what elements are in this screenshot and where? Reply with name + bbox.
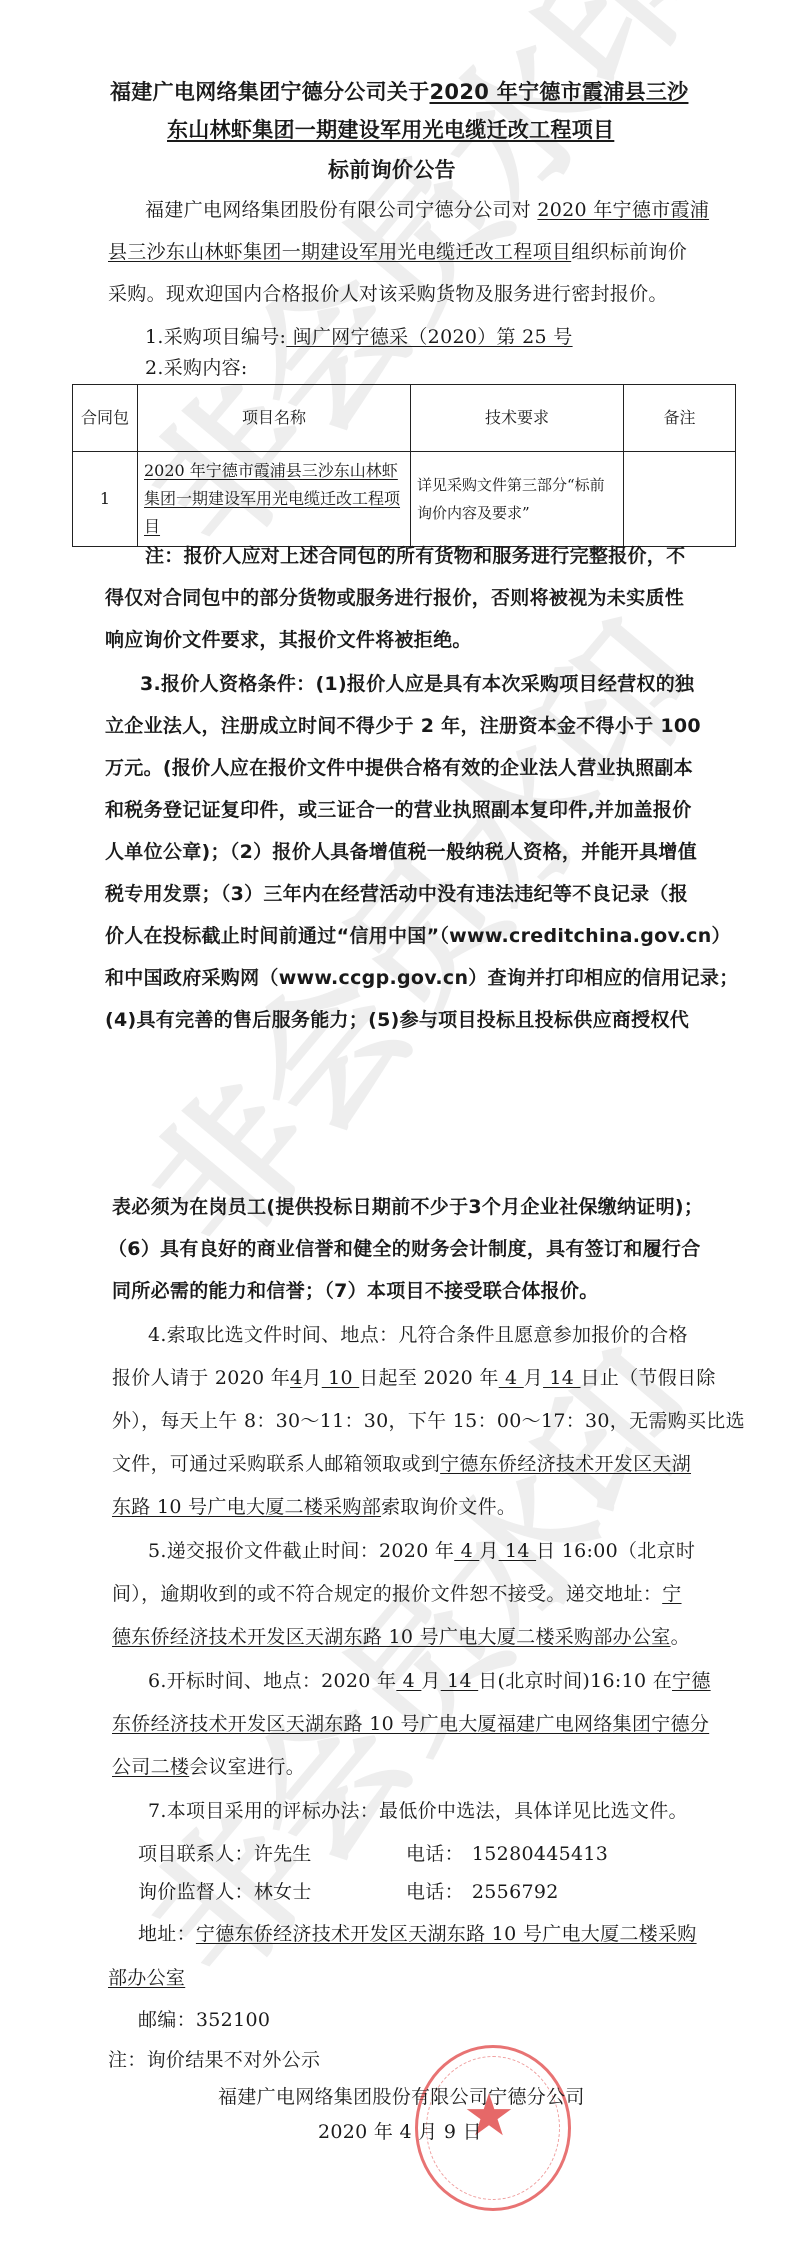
supervisor-contact: 询价监督人：林女士: [138, 1880, 312, 1904]
footer-note: 注：询价结果不对外公示: [108, 2048, 320, 2072]
text: 月: [479, 1540, 498, 1562]
end-day: 14: [543, 1367, 580, 1389]
document-title-line-1: 福建广电网络集团宁德分公司关于2020 年宁德市霞浦县三沙: [110, 80, 688, 104]
qualification-line-5: 人单位公章)；（2）报价人具备增值税一般纳税人资格，并能开具增值: [105, 840, 697, 864]
qualification-line-3: 万元。(报价人应在报价文件中提供合格有效的企业法人营业执照副本: [105, 756, 693, 780]
note-line-1: 注：报价人应对上述合同包的所有货物和服务进行完整报价，不: [145, 544, 685, 568]
intro-project-cont: 县三沙东山林虾集团一期建设军用光电缆迁改工程项目: [108, 241, 571, 263]
label: 邮编：: [138, 2009, 196, 2031]
title-project-name: 2020 年宁德市霞浦县三沙: [430, 80, 689, 104]
opening-address: 宁德: [672, 1670, 711, 1692]
text: 日 16:00（北京时: [536, 1540, 695, 1562]
deadline-line-1: 5.递交报价文件截止时间：2020 年 4 月 14 日 16:00（北京时: [148, 1539, 695, 1563]
deadline-line-3: 德东侨经济技术开发区天湖东路 10 号广电大厦二楼采购部办公室。: [112, 1625, 690, 1649]
start-day: 10: [322, 1367, 359, 1389]
opening-address-end: 公司二楼: [112, 1756, 189, 1778]
phone-number: 2556792: [472, 1881, 559, 1903]
label: 询价监督人：: [138, 1881, 254, 1903]
text: 月: [421, 1670, 440, 1692]
procurement-table: 合同包 项目名称 技术要求 备注 1 2020 年宁德市霞浦县三沙东山林虾集团一…: [72, 384, 736, 547]
start-month: 4: [290, 1367, 302, 1389]
header-remarks: 备注: [624, 385, 736, 452]
opening-line-3: 公司二楼会议室进行。: [112, 1755, 305, 1779]
text: 5.递交报价文件截止时间：2020 年: [148, 1540, 454, 1562]
opening-month: 4: [396, 1670, 421, 1692]
label: 电话：: [406, 1843, 464, 1865]
label: 地址：: [138, 1923, 196, 1945]
signature-company: 福建广电网络集团股份有限公司宁德分公司: [218, 2085, 585, 2109]
address-line-1: 地址：宁德东侨经济技术开发区天湖东路 10 号广电大厦二楼采购: [138, 1922, 697, 1946]
intro-line-2: 县三沙东山林虾集团一期建设军用光电缆迁改工程项目组织标前询价: [108, 240, 687, 264]
procurement-content-label: 2.采购内容:: [145, 356, 248, 380]
cell-project-name: 2020 年宁德市霞浦县三沙东山林虾集团一期建设军用光电缆迁改工程项目: [138, 452, 411, 547]
intro-org: 福建广电网络集团股份有限公司宁德分公司对: [145, 199, 531, 221]
retrieval-address-cont: 东路 10 号广电大厦二楼采购部: [112, 1496, 381, 1518]
project-name-text: 2020 年宁德市霞浦县三沙东山林虾集团一期建设军用光电缆迁改工程项目: [144, 461, 400, 536]
opening-line-1: 6.开标时间、地点：2020 年 4 月 14 日(北京时间)16:10 在宁德: [148, 1669, 711, 1693]
document-title-line-2: 东山林虾集团一期建设军用光电缆迁改工程项目: [167, 118, 614, 142]
text: 文件，可通过采购联系人邮箱领取或到: [112, 1453, 440, 1475]
project-number-value: 闽广网宁德采（2020）第 25 号: [286, 326, 572, 348]
text: 月: [302, 1367, 321, 1389]
opening-address-cont: 东侨经济技术开发区天湖东路 10 号广电大厦福建广电网络集团宁德分: [112, 1713, 709, 1735]
intro-suffix: 组织标前询价: [571, 241, 687, 263]
note-line-3: 响应询价文件要求，其报价文件将被拒绝。: [105, 628, 472, 652]
doc-retrieval-line-2: 报价人请于 2020 年4月 10 日起至 2020 年 4 月 14 日止（节…: [112, 1366, 716, 1390]
phone-number: 15280445413: [472, 1843, 608, 1865]
deadline-line-2: 间），逾期收到的或不符合规定的报价文件恕不接受。递交地址：宁: [112, 1582, 682, 1606]
text: 日(北京时间)16:10 在: [478, 1670, 672, 1692]
text: 会议室进行。: [189, 1756, 305, 1778]
qualification-line-4: 和税务登记证复印件，或三证合一的营业执照副本复印件,并加盖报价: [105, 798, 692, 822]
intro-line-1: 福建广电网络集团股份有限公司宁德分公司对 2020 年宁德市霞浦: [145, 198, 709, 222]
qualification-line-1: 3.报价人资格条件：(1)报价人应是具有本次采购项目经营权的独: [140, 672, 694, 696]
postcode: 邮编：352100: [138, 2008, 270, 2032]
text: 报价人请于 2020 年: [112, 1367, 290, 1389]
document-title-line-3: 标前询价公告: [328, 158, 456, 182]
header-tech-requirements: 技术要求: [411, 385, 624, 452]
address-line-2: 部办公室: [108, 1966, 185, 1990]
deadline-day: 14: [499, 1540, 536, 1562]
title-prefix: 福建广电网络集团宁德分公司关于: [110, 80, 430, 104]
submit-address: 宁: [662, 1583, 681, 1605]
supervisor-phone: 电话：2556792: [406, 1880, 559, 1904]
contact-name: 许先生: [254, 1843, 312, 1865]
text: 索取询价文件。: [381, 1496, 516, 1518]
cell-package: 1: [73, 452, 138, 547]
qualification-cont-line-3: 同所必需的能力和信誉；（7）本项目不接受联合体报价。: [112, 1279, 599, 1303]
evaluation-method: 7.本项目采用的评标办法：最低价中选法，具体详见比选文件。: [148, 1799, 688, 1823]
intro-project: 2020 年宁德市霞浦: [537, 199, 709, 221]
project-number: 1.采购项目编号: 闽广网宁德采（2020）第 25 号: [145, 325, 573, 349]
cell-tech-requirements: 详见采购文件第三部分“标前询价内容及要求”: [411, 452, 624, 547]
doc-retrieval-line-3: 外），每天上午 8：30～11：30，下午 15：00～17：30，无需购买比选: [112, 1409, 745, 1433]
title-project-name-cont: 东山林虾集团一期建设军用光电缆迁改工程项目: [167, 118, 614, 142]
table-header-row: 合同包 项目名称 技术要求 备注: [73, 385, 736, 452]
qualification-line-8: 和中国政府采购网（www.ccgp.gov.cn）查询并打印相应的信用记录；: [105, 966, 739, 990]
doc-retrieval-line-5: 东路 10 号广电大厦二楼采购部索取询价文件。: [112, 1495, 516, 1519]
cell-remarks: [624, 452, 736, 547]
postcode-value: 352100: [196, 2009, 270, 2031]
project-number-label: 1.采购项目编号:: [145, 326, 286, 348]
qualification-cont-line-2: （6）具有良好的商业信誉和健全的财务会计制度，具有签订和履行合: [108, 1237, 701, 1261]
note-line-2: 得仅对合同包中的部分货物或服务进行报价，否则将被视为未实质性: [105, 586, 684, 610]
qualification-line-6: 税专用发票；（3）三年内在经营活动中没有违法违纪等不良记录（报: [105, 882, 688, 906]
header-project-name: 项目名称: [138, 385, 411, 452]
supervisor-name: 林女士: [254, 1881, 312, 1903]
project-contact: 项目联系人：许先生: [138, 1842, 312, 1866]
end-month: 4: [499, 1367, 524, 1389]
address: 宁德东侨经济技术开发区天湖东路 10 号广电大厦二楼采购: [196, 1923, 697, 1945]
submit-address-cont: 德东侨经济技术开发区天湖东路 10 号广电大厦二楼采购部办公室: [112, 1626, 671, 1648]
intro-line-3: 采购。现欢迎国内合格报价人对该采购货物及服务进行密封报价。: [108, 282, 668, 306]
qualification-line-7: 价人在投标截止时间前通过“信用中国”（www.creditchina.gov.c…: [105, 924, 731, 948]
address-cont: 部办公室: [108, 1967, 185, 1989]
text: 间），逾期收到的或不符合规定的报价文件恕不接受。递交地址：: [112, 1583, 662, 1605]
text: 。: [671, 1626, 690, 1648]
qualification-cont-line-1: 表必须为在岗员工(提供投标日期前不少于3个月企业社保缴纳证明)；: [112, 1195, 703, 1219]
retrieval-address: 宁德东侨经济技术开发区天湖: [440, 1453, 691, 1475]
deadline-month: 4: [454, 1540, 479, 1562]
opening-line-2: 东侨经济技术开发区天湖东路 10 号广电大厦福建广电网络集团宁德分: [112, 1712, 709, 1736]
text: 6.开标时间、地点：2020 年: [148, 1670, 396, 1692]
doc-retrieval-line-4: 文件，可通过采购联系人邮箱领取或到宁德东侨经济技术开发区天湖: [112, 1452, 691, 1476]
doc-retrieval-line-1: 4.索取比选文件时间、地点：凡符合条件且愿意参加报价的合格: [148, 1323, 688, 1347]
qualification-line-2: 立企业法人，注册成立时间不得少于 2 年，注册资本金不得小于 100: [105, 714, 701, 738]
header-package: 合同包: [73, 385, 138, 452]
project-contact-phone: 电话：15280445413: [406, 1842, 608, 1866]
label: 项目联系人：: [138, 1843, 254, 1865]
qualification-line-9: (4)具有完善的售后服务能力；(5)参与项目投标且投标供应商授权代: [105, 1008, 689, 1032]
text: 日止（节假日除: [581, 1367, 716, 1389]
text: 日起至 2020 年: [359, 1367, 498, 1389]
label: 电话：: [406, 1881, 464, 1903]
opening-day: 14: [441, 1670, 478, 1692]
signature-date: 2020 年 4 月 9 日: [318, 2120, 482, 2144]
text: 月: [524, 1367, 543, 1389]
table-row: 1 2020 年宁德市霞浦县三沙东山林虾集团一期建设军用光电缆迁改工程项目 详见…: [73, 452, 736, 547]
